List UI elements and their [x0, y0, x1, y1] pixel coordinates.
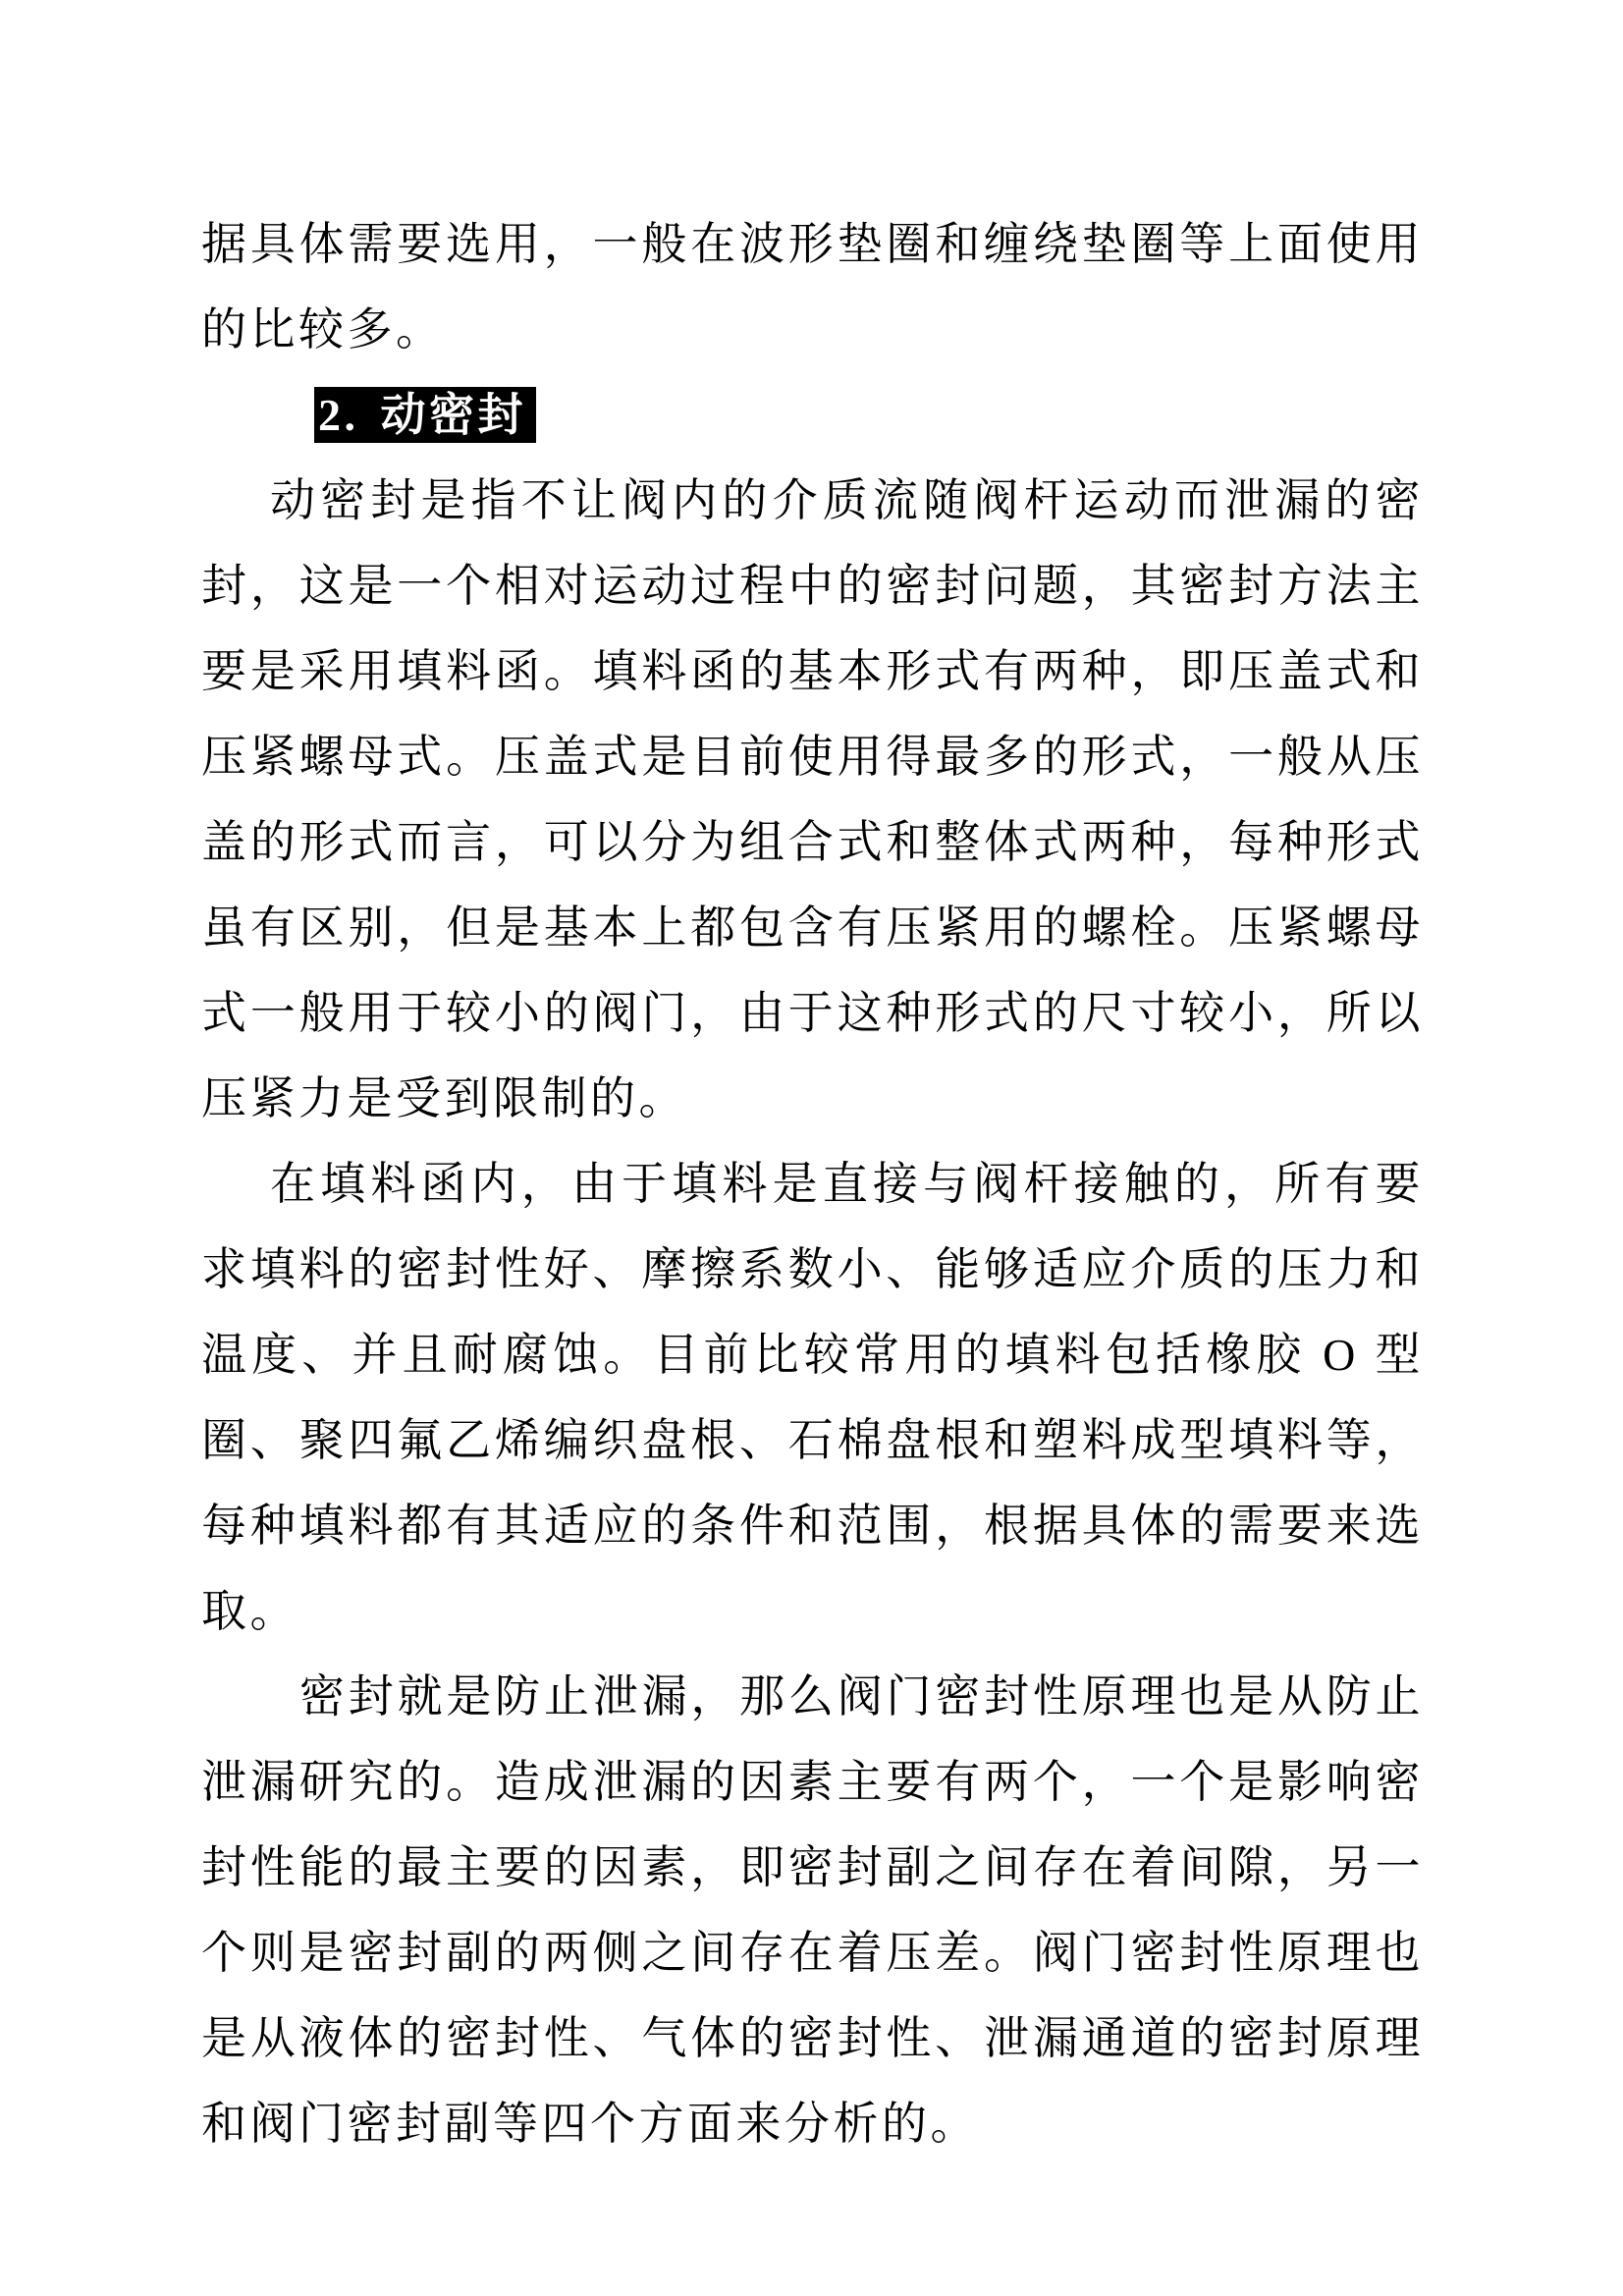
document-text-block: 据具体需要选用，一般在波形垫圈和缠绕垫圈等上面使用的比较多。 2. 动密封 动密…	[201, 201, 1424, 2166]
section-heading-number: 2.	[318, 387, 359, 443]
paragraph-packing-box: 在填料函内，由于填料是直接与阀杆接触的，所有要求填料的密封性好、摩擦系数小、能够…	[201, 1141, 1424, 1654]
paragraph-sealing-principle: 密封就是防止泄漏，那么阀门密封性原理也是从防止泄漏研究的。造成泄漏的因素主要有两…	[201, 1654, 1424, 2166]
section-heading-dynamic-seal: 2. 动密封	[314, 387, 536, 443]
section-heading-line: 2. 动密封	[201, 372, 1424, 458]
document-page: 据具体需要选用，一般在波形垫圈和缠绕垫圈等上面使用的比较多。 2. 动密封 动密…	[0, 0, 1623, 2296]
section-heading-title: 动密封	[381, 387, 527, 443]
paragraph-gasket-usage: 据具体需要选用，一般在波形垫圈和缠绕垫圈等上面使用的比较多。	[201, 201, 1424, 372]
paragraph-dynamic-seal: 动密封是指不让阀内的介质流随阀杆运动而泄漏的密封，这是一个相对运动过程中的密封问…	[201, 458, 1424, 1141]
